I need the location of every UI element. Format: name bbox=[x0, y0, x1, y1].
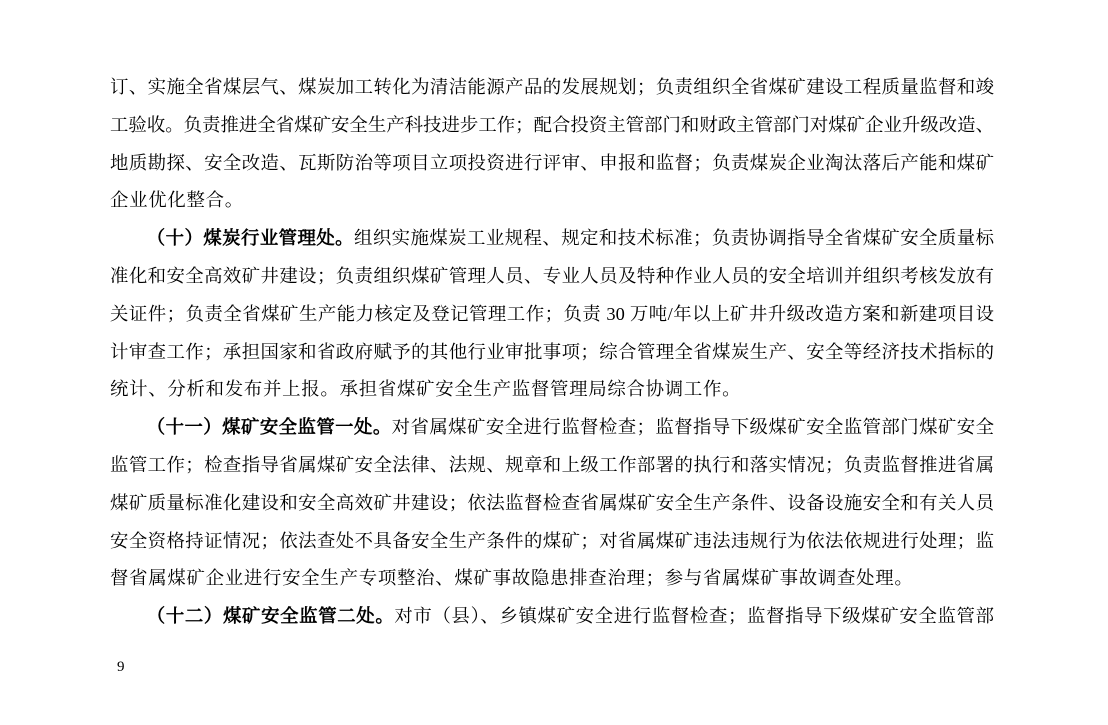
line-text: 督省属煤矿企业进行安全生产专项整治、煤矿事故隐患排查治理；参与省属煤矿事故调查处… bbox=[110, 568, 914, 588]
text-line: 关证件；负责全省煤矿生产能力核定及登记管理工作；负责 30 万吨/年以上矿井升级… bbox=[110, 296, 994, 334]
line-text: 安全资格持证情况；依法查处不具备安全生产条件的煤矿；对省属煤矿违法违规行为依法依… bbox=[110, 531, 994, 551]
text-line: （十二）煤矿安全监管二处。对市（县）、乡镇煤矿安全进行监督检查；监督指导下级煤矿… bbox=[110, 598, 994, 636]
document-page: 订、实施全省煤层气、煤炭加工转化为清洁能源产品的发展规划；负责组织全省煤矿建设工… bbox=[0, 0, 1108, 725]
text-body: 订、实施全省煤层气、煤炭加工转化为清洁能源产品的发展规划；负责组织全省煤矿建设工… bbox=[110, 69, 994, 636]
text-line: 地质勘探、安全改造、瓦斯防治等项目立项投资进行评审、申报和监督；负责煤炭企业淘汰… bbox=[110, 145, 994, 183]
line-text: 统计、分析和发布并上报。承担省煤矿安全生产监督管理局综合协调工作。 bbox=[110, 379, 741, 399]
line-text: 关证件；负责全省煤矿生产能力核定及登记管理工作；负责 30 万吨/年以上矿井升级… bbox=[110, 304, 994, 324]
line-text: 监管工作；检查指导省属煤矿安全法律、法规、规章和上级工作部署的执行和落实情况；负… bbox=[110, 455, 994, 475]
line-text: 企业优化整合。 bbox=[110, 190, 244, 210]
text-line: 统计、分析和发布并上报。承担省煤矿安全生产监督管理局综合协调工作。 bbox=[110, 371, 994, 409]
section-heading: （十一）煤矿安全监管一处。 bbox=[147, 417, 392, 437]
text-line: 安全资格持证情况；依法查处不具备安全生产条件的煤矿；对省属煤矿违法违规行为依法依… bbox=[110, 523, 994, 561]
line-text: 地质勘探、安全改造、瓦斯防治等项目立项投资进行评审、申报和监督；负责煤炭企业淘汰… bbox=[110, 153, 994, 173]
text-line: 计审查工作；承担国家和省政府赋予的其他行业审批事项；综合管理全省煤炭生产、安全等… bbox=[110, 334, 994, 372]
line-text: 订、实施全省煤层气、煤炭加工转化为清洁能源产品的发展规划；负责组织全省煤矿建设工… bbox=[110, 77, 994, 97]
text-line: 督省属煤矿企业进行安全生产专项整治、煤矿事故隐患排查治理；参与省属煤矿事故调查处… bbox=[110, 560, 994, 598]
line-text: 工验收。负责推进全省煤矿安全生产科技进步工作；配合投资主管部门和财政主管部门对煤… bbox=[110, 115, 994, 135]
text-line: 监管工作；检查指导省属煤矿安全法律、法规、规章和上级工作部署的执行和落实情况；负… bbox=[110, 447, 994, 485]
text-line: 工验收。负责推进全省煤矿安全生产科技进步工作；配合投资主管部门和财政主管部门对煤… bbox=[110, 107, 994, 145]
text-line: 订、实施全省煤层气、煤炭加工转化为清洁能源产品的发展规划；负责组织全省煤矿建设工… bbox=[110, 69, 994, 107]
text-line: （十一）煤矿安全监管一处。对省属煤矿安全进行监督检查；监督指导下级煤矿安全监管部… bbox=[110, 409, 994, 447]
text-line: 企业优化整合。 bbox=[110, 182, 994, 220]
section-heading: （十二）煤矿安全监管二处。 bbox=[147, 606, 395, 626]
text-line: （十）煤炭行业管理处。组织实施煤炭工业规程、规定和技术标准；负责协调指导全省煤矿… bbox=[110, 220, 994, 258]
section-heading: （十）煤炭行业管理处。 bbox=[147, 228, 354, 248]
line-text: 计审查工作；承担国家和省政府赋予的其他行业审批事项；综合管理全省煤炭生产、安全等… bbox=[110, 342, 994, 362]
line-text: 对省属煤矿安全进行监督检查；监督指导下级煤矿安全监管部门煤矿安全 bbox=[392, 417, 994, 437]
line-text: 对市（县）、乡镇煤矿安全进行监督检查；监督指导下级煤矿安全监管部 bbox=[394, 606, 994, 626]
line-text: 煤矿质量标准化建设和安全高效矿井建设；依法监督检查省属煤矿安全生产条件、设备设施… bbox=[110, 493, 994, 513]
page-number: 9 bbox=[117, 653, 125, 681]
text-line: 准化和安全高效矿井建设；负责组织煤矿管理人员、专业人员及特种作业人员的安全培训并… bbox=[110, 258, 994, 296]
line-text: 准化和安全高效矿井建设；负责组织煤矿管理人员、专业人员及特种作业人员的安全培训并… bbox=[110, 266, 994, 286]
line-text: 组织实施煤炭工业规程、规定和技术标准；负责协调指导全省煤矿安全质量标 bbox=[354, 228, 994, 248]
text-line: 煤矿质量标准化建设和安全高效矿井建设；依法监督检查省属煤矿安全生产条件、设备设施… bbox=[110, 485, 994, 523]
